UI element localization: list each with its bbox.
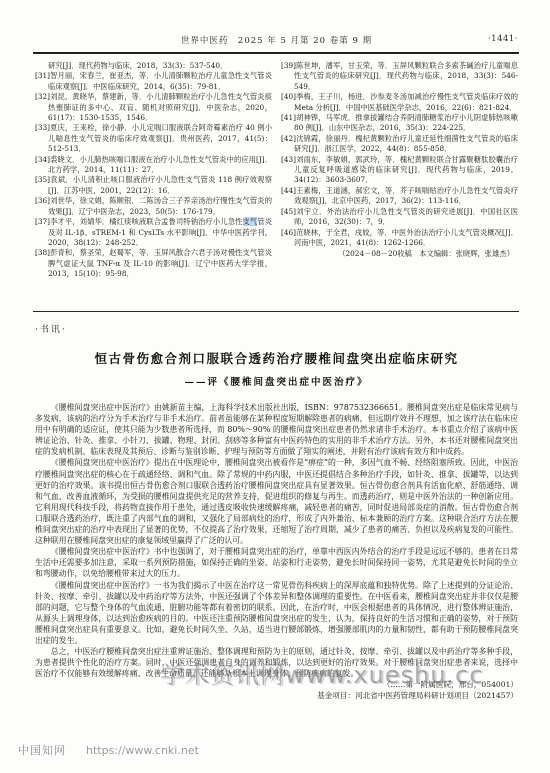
affiliation-line: （……第一附属医院，邢台，054001）	[35, 679, 518, 690]
reference-item: [36]刘世华，徐文娟，陈顺银．二陈汤合三子养亲汤治疗慢性支气管炎的效果[J]．…	[35, 196, 272, 217]
review-paragraph: 总之，中医治疗腰椎间盘突出症注重辨证施治、整体调理和预防为主的原则，通过针灸、按…	[35, 646, 518, 679]
cnki-url: https://www.cnki.net	[86, 744, 199, 757]
ref-37-pre: [37]李才平，刘婧华．橘红痰咳液联合孟鲁司特钠治疗小儿急性	[35, 217, 243, 226]
page-number: ·1441·	[488, 34, 518, 44]
ref-37-highlighted-text: 支气	[243, 217, 258, 226]
reference-item: [32]刘昆，黄晓华，蔡建新，等．小儿清肺颗粒治疗小儿急性支气管炎痰热壅肺证的多…	[35, 92, 272, 123]
book-review-subtitle: ——评《腰椎间盘突出症中医治疗》	[35, 374, 518, 388]
reference-item: [40]季梅，王子川，杨进．沙参麦冬汤加减治疗慢性支气管炎临床疗效的 Meta …	[281, 92, 518, 113]
book-review-body: 《腰椎间盘突出症中医治疗》由姚新苗主编，上海科学技术出版社出版，ISBN：978…	[35, 402, 518, 701]
reference-item: [35]袁斌．小儿清积止咳口服液治疗小儿急性支气管炎 118 例疗效观察[J]．…	[35, 175, 272, 196]
reference-item: [44]王素梅，王道涵，郝宏文，等．芥子咳喘贴治疗小儿急性支气管炎疗效观察[J]…	[281, 186, 518, 207]
page-header: 世界中医药 2025 年 5 月第 20 卷第 9 期 ·1441·	[35, 34, 518, 46]
cnki-footer: 中国知网 https://www.cnki.net	[18, 742, 199, 758]
journal-title-line: 世界中医药 2025 年 5 月第 20 卷第 9 期	[181, 34, 372, 46]
received-note: （2024－08－20收稿 本文编辑：张晓辉，张雄杰）	[281, 249, 518, 259]
journal-page: 世界中医药 2025 年 5 月第 20 卷第 9 期 ·1441· 研究[J]…	[0, 0, 550, 773]
reference-item: [41]胡神铧，马军虎．推拿拔罐结合养阴清肺糖浆治疗小儿阴虚肺热咳嗽 80 例[…	[281, 113, 518, 134]
reference-section: 研究[J]．现代药物与临床，2018，33(3)：537-540． [31]智月…	[35, 61, 518, 280]
reference-item: [45]刘宇立．外治法治疗小儿急性支气管炎的研究进展[J]．中国社区医师，201…	[281, 207, 518, 228]
reference-item-37: [37]李才平，刘婧华．橘红痰咳液联合孟鲁司特钠治疗小儿急性支气管炎及对 IL-…	[35, 217, 272, 248]
reference-item: [34]裘晓文．小儿肺热咳喘口服液在治疗小儿急性支气管炎中的应用[J]．北方药学…	[35, 155, 272, 176]
reference-item: [43]刘雨东，李敏娟，郭武玲，等．槐杞黄颗粒联合甘露聚糖肽胶囊治疗儿童反复呼吸…	[281, 155, 518, 186]
reference-column-left: 研究[J]．现代药物与临床，2018，33(3)：537-540． [31]智月…	[35, 61, 272, 280]
cnki-logo-text: 中国知网	[18, 742, 66, 758]
review-paragraph: 《腰椎间盘突出症中医治疗》书中也强调了，对于腰椎间盘突出症的治疗，单靠中西医内外…	[35, 546, 518, 579]
reference-item: [39]陈世坤，潘军，甘玉荣，等．玉屏风颗粒联合多索茶碱治疗儿童喘息性支气管炎的…	[281, 61, 518, 92]
book-review-title: 恒古骨伤愈合剂口服联合透药治疗腰椎间盘突出症临床研究	[35, 349, 518, 367]
reference-item: [33]夏庆，王来栓，徐小静．小儿定喘口服液联合阿奇霉素治疗 40 例小儿喘息性…	[35, 123, 272, 154]
reference-column-right: [39]陈世坤，潘军，甘玉荣，等．玉屏风颗粒联合多索茶碱治疗儿童喘息性支气管炎的…	[281, 61, 518, 280]
reference-item: [31]智月丽，宋春兰，崔亚杰，等．小儿清肺颗粒治疗儿童急性支气管炎临床观察[J…	[35, 71, 272, 92]
funding-line: 基金项目：河北省中医药管理局科研计划项目（2021457）	[35, 690, 518, 701]
review-paragraph: 《腰椎间盘突出症中医治疗》一书为我们揭示了中医在治疗这一常见骨伤科疾病上的深厚底…	[35, 580, 518, 647]
reference-item: [42]沈锦霞，徐丽丹．槐杞黄颗粒治疗儿童迁延性细菌性支气管炎的临床研究[J]．…	[281, 134, 518, 155]
review-paragraph: 《腰椎间盘突出症中医治疗》由姚新苗主编，上海科学技术出版社出版，ISBN：978…	[35, 402, 518, 457]
book-news-label: ·书讯·	[35, 322, 518, 335]
reference-item: [46]范晓林，于全君，戌姣，等．中医外治法治疗小儿支气管炎概况[J]．河南中医…	[281, 228, 518, 249]
section-divider-rule	[33, 311, 519, 312]
book-review-section: ·书讯· 恒古骨伤愈合剂口服联合透药治疗腰椎间盘突出症临床研究 ——评《腰椎间盘…	[35, 322, 518, 701]
reference-item: 研究[J]．现代药物与临床，2018，33(3)：537-540．	[35, 61, 272, 71]
header-rule	[33, 52, 519, 54]
review-paragraph: 《腰椎间盘突出症中医治疗》提出在中医理论中，腰椎间盘突出被看作是“痹症”的一种，…	[35, 457, 518, 546]
reference-item: [38]彭青和，蔡圣荣，赵蜀军，等．玉屏风散合六君子汤对慢性支气管炎脾气虚证大鼠…	[35, 248, 272, 279]
